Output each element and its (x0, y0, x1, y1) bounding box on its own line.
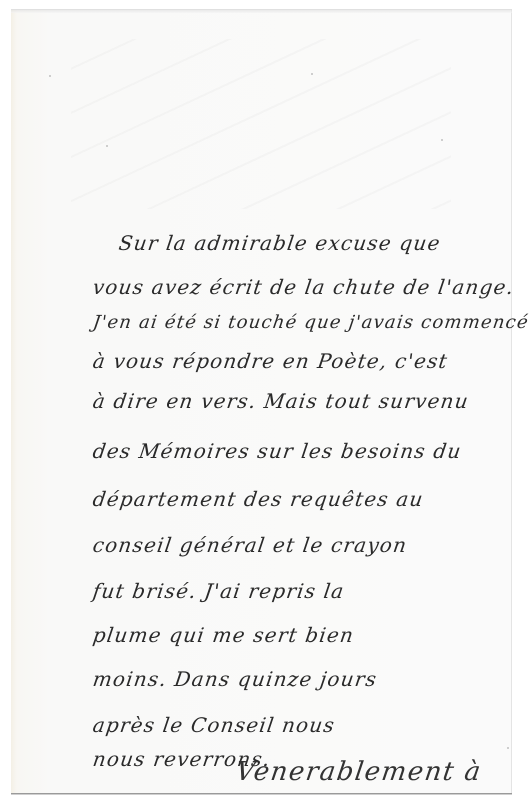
letter-line-12: après le Conseil nous (91, 713, 336, 737)
letter-line-7: département des requêtes au (91, 487, 425, 511)
letter-line-3: J'en ai été si touché que j'avais commen… (92, 312, 530, 333)
letter-line-5: à dire en vers. Mais tout survenu (91, 389, 470, 413)
paper-fleck (311, 73, 313, 75)
letter-line-6: des Mémoires sur les besoins du (91, 439, 463, 463)
letter-body: Sur la admirable excuse que vous avez éc… (11, 9, 512, 793)
paper-fleck (507, 747, 509, 749)
letter-line-2: vous avez écrit de la chute de l'ange. (91, 275, 516, 299)
letter-page: Sur la admirable excuse que vous avez éc… (11, 9, 512, 794)
letter-line-1: Sur la admirable excuse que (117, 231, 442, 255)
letter-line-4: à vous répondre en Poète, c'est (91, 349, 449, 373)
letter-line-11: moins. Dans quinze jours (91, 667, 379, 691)
paper-fleck (106, 145, 108, 147)
signature: Venerablement à (234, 757, 484, 787)
paper-fleck (49, 75, 51, 77)
letter-line-10: plume qui me sert bien (91, 623, 356, 647)
paper-fleck (441, 139, 443, 141)
letter-line-9: fut brisé. J'ai repris la (91, 579, 346, 603)
letter-line-8: conseil général et le crayon (91, 533, 409, 557)
